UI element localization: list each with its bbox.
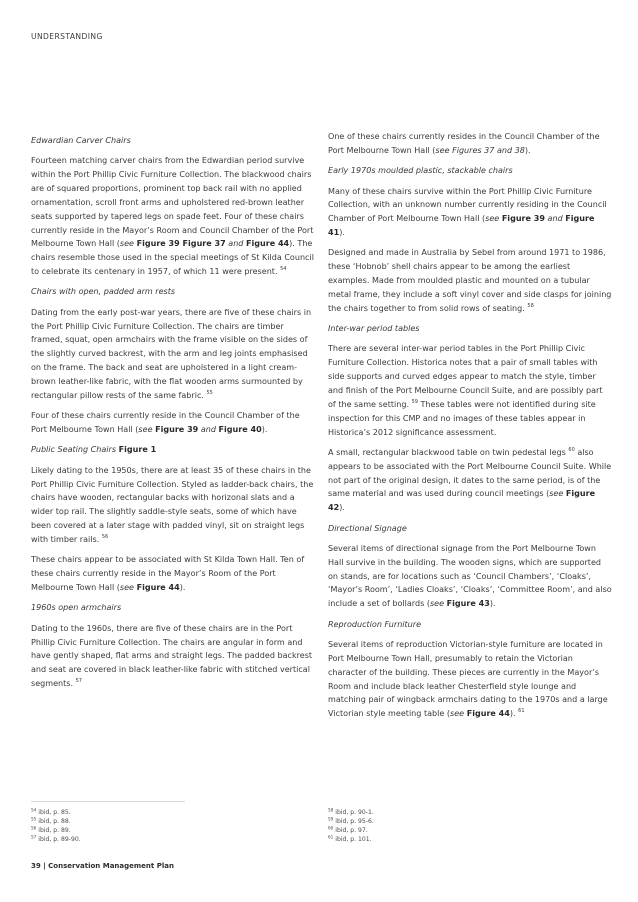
footnote-marker: 55 [207,390,213,396]
footnote: 59 ibid, p. 95-6. [328,818,374,827]
paragraph-public-seating-location: These chairs appear to be associated wit… [31,553,315,595]
footnote-marker: 58 [527,303,533,309]
footnote-divider [31,801,185,802]
left-column: Edwardian Carver Chairs Fourteen matchin… [31,134,315,697]
paragraph-1960s-armchairs: Dating to the 1960s, there are five of t… [31,622,315,691]
heading-edwardian: Edwardian Carver Chairs [31,134,315,148]
figure-ref: Figure 43 [447,599,490,608]
paragraph-plastic-chairs: Many of these chairs survive within the … [328,185,612,240]
paragraph-reproduction: Several items of reproduction Victorian-… [328,638,612,721]
figure-ref: Figure 40 [219,425,262,434]
paragraph-hobnob: Designed and made in Australia by Sebel … [328,246,612,315]
figure-ref: Figure 44 [246,239,289,248]
heading-padded-arm: Chairs with open, padded arm rests [31,285,315,299]
figure-ref: Figure 39 Figure 37 [137,239,226,248]
heading-reproduction: Reproduction Furniture [328,618,612,632]
figure-ref: Figure 39 [155,425,198,434]
heading-plastic-chairs: Early 1970s moulded plastic, stackable c… [328,164,612,178]
paragraph-padded-arm: Dating from the early post-war years, th… [31,306,315,403]
footnote: 56 ibid, p. 89. [31,827,81,836]
footnote: 58 ibid, p. 90-1. [328,809,374,818]
footnotes-left: 54 ibid, p. 85. 55 ibid, p. 88. 56 ibid,… [31,809,81,845]
figure-ref: Figure 44 [467,709,510,718]
paragraph-public-seating: Likely dating to the 1950s, there are at… [31,464,315,547]
footnote-marker: 57 [76,678,82,684]
paragraph-carryover: One of these chairs currently resides in… [328,130,612,158]
figure-ref: Figure 39 [502,214,545,223]
figure-ref: Figure 1 [119,445,157,454]
heading-signage: Directional Signage [328,522,612,536]
footnotes-right: 58 ibid, p. 90-1. 59 ibid, p. 95-6. 60 i… [328,809,374,845]
paragraph-padded-arm-location: Four of these chairs currently reside in… [31,409,315,437]
paragraph-tables: There are several inter-war period table… [328,342,612,439]
paragraph-signage: Several items of directional signage fro… [328,542,612,611]
footnote: 55 ibid, p. 88. [31,818,81,827]
section-header: UNDERSTANDING [31,32,103,41]
right-column: One of these chairs currently resides in… [328,130,612,728]
figure-ref: Figure 44 [137,583,180,592]
paragraph-edwardian: Fourteen matching carver chairs from the… [31,154,315,279]
footnote: 54 ibid, p. 85. [31,809,81,818]
footnote-marker: 56 [102,534,108,540]
paragraph-blackwood-table: A small, rectangular blackwood table on … [328,446,612,515]
footnote: 61 ibid, p. 101. [328,836,374,845]
footnote: 57 ibid, p. 89-90. [31,836,81,845]
heading-1960s-armchairs: 1960s open armchairs [31,601,315,615]
footnote: 60 ibid, p. 97. [328,827,374,836]
heading-tables: Inter-war period tables [328,322,612,336]
heading-public-seating: Public Seating Chairs Figure 1 [31,443,315,457]
page-footer: 39 | Conservation Management Plan [31,862,174,870]
footnote-marker: 54 [280,266,286,272]
footnote-marker: 61 [518,708,524,714]
